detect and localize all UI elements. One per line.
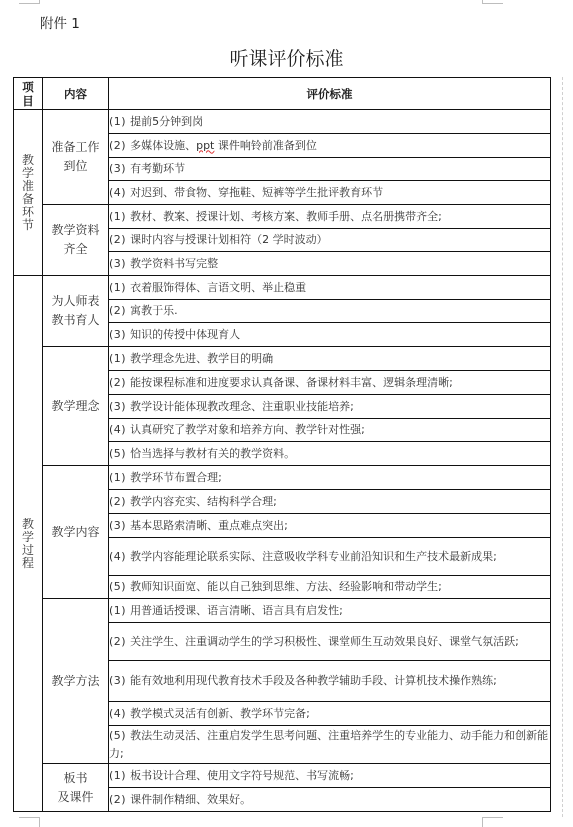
group-cell: 准备工作到位 [43, 110, 109, 205]
criterion-cell: (3)能有效地利用现代教育技术手段及各种教学辅助手段、计算机技术操作熟练; [109, 661, 551, 702]
group-cell: 为人师表教书育人 [43, 276, 109, 347]
criterion-cell: (1)教学环节布置合理; [109, 466, 551, 490]
table-row: 板书及课件 (1)板书设计合理、使用文字符号规范、书写流畅; [14, 764, 551, 788]
criterion-cell: (4)教学模式灵活有创新、教学环节完备; [109, 702, 551, 726]
criterion-cell: (3)有考勤环节 [109, 158, 551, 181]
criterion-cell: (2)课时内容与授课计划相符（2 学时波动） [109, 229, 551, 252]
header-item: 项目 [14, 78, 43, 110]
group-cell: 教学方法 [43, 599, 109, 764]
criterion-cell: (2)课件制作精细、效果好。 [109, 788, 551, 812]
page-corner-mark [19, 0, 40, 4]
criterion-cell: (5)恰当选择与教材有关的教学资料。 [109, 442, 551, 466]
category-cell: 教学准备环节 [14, 110, 43, 276]
criterion-cell: (3)基本思路索清晰、重点难点突出; [109, 514, 551, 538]
evaluation-criteria-table: 项目 内容 评价标准 教学准备环节 准备工作到位 (1)提前5分钟到岗 (2)多… [13, 77, 551, 812]
group-cell: 教学理念 [43, 347, 109, 466]
table-row: 教学过程 为人师表教书育人 (1)衣着服饰得体、言语文明、举止稳重 [14, 276, 551, 300]
group-cell: 板书及课件 [43, 764, 109, 812]
criterion-cell: (2)多媒体设施、ppt 课件响铃前准备到位 [109, 134, 551, 158]
criterion-cell: (2)教学内容充实、结构科学合理; [109, 490, 551, 514]
criterion-cell: (4)对迟到、带食物、穿拖鞋、短裤等学生批评教育环节 [109, 181, 551, 205]
criterion-cell: (3)知识的传授中体现育人 [109, 323, 551, 347]
document-title: 听课评价标准 [0, 44, 573, 71]
group-cell: 教学资料齐全 [43, 205, 109, 276]
category-cell: 教学过程 [14, 276, 43, 812]
criterion-cell: (2)关注学生、注重调动学生的学习积极性、课堂师生互动效果良好、课堂气氛活跃; [109, 623, 551, 661]
margin-guide [562, 77, 563, 817]
table-header-row: 项目 内容 评价标准 [14, 78, 551, 110]
page-corner-mark [19, 817, 40, 827]
table-row: 教学资料齐全 (1)教材、教案、授课计划、考核方案、教师手册、点名册携带齐全; [14, 205, 551, 229]
criterion-cell: (2)能按课程标准和进度要求认真备课、备课材料丰富、逻辑条理清晰; [109, 371, 551, 395]
criterion-cell: (2)寓教于乐. [109, 300, 551, 323]
criterion-cell: (5)教法生动灵活、注重启发学生思考问题、注重培养学生的专业能力、动手能力和创新… [109, 726, 551, 764]
criterion-cell: (4)认真研究了教学对象和培养方向、教学针对性强; [109, 419, 551, 442]
criterion-cell: (4)教学内容能理论联系实际、注意吸收学科专业前沿知识和生产技术最新成果; [109, 538, 551, 576]
table-row: 教学内容 (1)教学环节布置合理; [14, 466, 551, 490]
table-row: 教学理念 (1)教学理念先进、教学目的明确 [14, 347, 551, 371]
criterion-cell: (1)用普通话授课、语言清晰、语言具有启发性; [109, 599, 551, 623]
criterion-cell: (1)教学理念先进、教学目的明确 [109, 347, 551, 371]
criterion-cell: (3)教学资料书写完整 [109, 252, 551, 276]
criterion-cell: (5)教师知识面宽、能以自己独到思维、方法、经验影响和带动学生; [109, 576, 551, 599]
table-row: 教学方法 (1)用普通话授课、语言清晰、语言具有启发性; [14, 599, 551, 623]
header-content: 内容 [43, 78, 109, 110]
attachment-label: 附件 1 [40, 12, 80, 32]
criterion-cell: (1)衣着服饰得体、言语文明、举止稳重 [109, 276, 551, 300]
criterion-cell: (1)板书设计合理、使用文字符号规范、书写流畅; [109, 764, 551, 788]
spellcheck-flagged-word: ppt [196, 139, 214, 152]
header-criteria: 评价标准 [109, 78, 551, 110]
group-cell: 教学内容 [43, 466, 109, 599]
table-row: 教学准备环节 准备工作到位 (1)提前5分钟到岗 [14, 110, 551, 134]
criterion-cell: (1)提前5分钟到岗 [109, 110, 551, 134]
page-corner-mark [482, 817, 503, 827]
criterion-cell: (3)教学设计能体现教改理念、注重职业技能培养; [109, 395, 551, 419]
criterion-cell: (1)教材、教案、授课计划、考核方案、教师手册、点名册携带齐全; [109, 205, 551, 229]
page-corner-mark [482, 0, 503, 4]
